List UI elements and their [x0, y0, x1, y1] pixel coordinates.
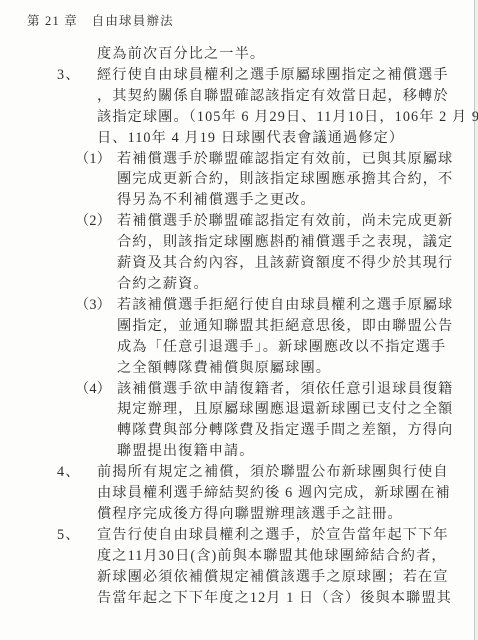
line-text: 新球團必須依補償規定補償該選手之原球團；若在宣: [97, 569, 449, 585]
item-marker: 3、: [57, 65, 97, 86]
document-line: 之全額轉隊費補償與原屬球團。: [0, 358, 460, 379]
line-text: 聯盟提出復籍申請。: [117, 443, 255, 459]
document-line: 告當年起之下下年度之12月 1 日（含）後與本聯盟其: [0, 588, 460, 609]
document-line: 團指定，並通知聯盟其拒絕意思後，即由聯盟公告: [0, 316, 460, 337]
document-line: 團完成更新合約，則該指定球團應承擔其合約，不: [0, 169, 460, 190]
document-line: （4）該補償選手欲申請復籍者，須依任意引退球員復籍: [0, 379, 460, 400]
line-text: 合約之薪資。: [117, 276, 209, 292]
line-text: 規定辦理，且原屬球團應退還新球團已支付之全額: [117, 401, 453, 417]
item-marker: （4）: [75, 379, 117, 400]
line-text: 合約，則該指定球團應斟酌補償選手之表現，議定: [117, 234, 453, 250]
line-text: 若補償選手於聯盟確認指定有效前，已與其原屬球: [117, 151, 453, 167]
document-line: 3、經行使自由球員權利之選手原屬球團指定之補償選手: [0, 65, 460, 86]
line-text: 成為「任意引退選手」。新球團應改以不指定選手: [117, 339, 446, 355]
document-line: 合約之薪資。: [0, 274, 460, 295]
document-line: （2）若補償選手於聯盟確認指定有效前，尚未完成更新: [0, 211, 460, 232]
document-line: 度之11月30日(含)前與本聯盟其他球團締結合約者，: [0, 546, 460, 567]
line-text: 償程序完成後方得向聯盟辦理該選手之註冊。: [97, 506, 403, 522]
document-body: 度為前次百分比之一半。3、經行使自由球員權利之選手原屬球團指定之補償選手，其契約…: [0, 44, 460, 608]
line-text: 團指定，並通知聯盟其拒絕意思後，即由聯盟公告: [117, 318, 453, 334]
document-line: （3）若該補償選手拒絕行使自由球員權利之選手原屬球: [0, 295, 460, 316]
document-line: 該指定球團。（105年 6 月29日、11月10日，106年 2 月 9: [0, 107, 460, 128]
document-line: 5、宣告行使自由球員權利之選手，於宣告當年起下下年: [0, 525, 460, 546]
document-line: 由球員權利選手締結契約後 6 週內完成，新球團在補: [0, 483, 460, 504]
document-line: ，其契約關係自聯盟確認該指定有效當日起，移轉於: [0, 86, 460, 107]
document-line: 聯盟提出復籍申請。: [0, 441, 460, 462]
document-line: 日、110年 4 月19 日球團代表會議通過修定）: [0, 128, 460, 149]
line-text: 日、110年 4 月19 日球團代表會議通過修定）: [97, 130, 404, 146]
line-text: 若該補償選手拒絕行使自由球員權利之選手原屬球: [117, 297, 453, 313]
line-text: 轉隊費與部分轉隊費及指定選手間之差額，方得向: [117, 422, 453, 438]
line-text: 該指定球團。（105年 6 月29日、11月10日，106年 2 月 9: [97, 109, 478, 125]
line-text: 若補償選手於聯盟確認指定有效前，尚未完成更新: [117, 213, 453, 229]
document-line: （1）若補償選手於聯盟確認指定有效前，已與其原屬球: [0, 149, 460, 170]
document-line: 度為前次百分比之一半。: [0, 44, 460, 65]
line-text: 之全額轉隊費補償與原屬球團。: [117, 360, 331, 376]
line-text: 度為前次百分比之一半。: [97, 46, 265, 62]
line-text: 度之11月30日(含)前與本聯盟其他球團締結合約者，: [97, 548, 447, 564]
document-line: 得另為不利補償選手之更改。: [0, 190, 460, 211]
chapter-header: 第 21 章 自由球員辦法: [27, 11, 174, 29]
document-line: 新球團必須依補償規定補償該選手之原球團；若在宣: [0, 567, 460, 588]
scan-edge-line: [474, 0, 475, 640]
item-marker: （1）: [75, 149, 117, 170]
line-text: 該補償選手欲申請復籍者，須依任意引退球員復籍: [117, 381, 453, 397]
document-line: 薪資及其合約內容，且該薪資額度不得少於其現行: [0, 253, 460, 274]
document-line: 規定辦理，且原屬球團應退還新球團已支付之全額: [0, 399, 460, 420]
line-text: ，其契約關係自聯盟確認該指定有效當日起，移轉於: [97, 88, 449, 104]
line-text: 前揭所有規定之補償，須於聯盟公布新球團與行使自: [97, 464, 449, 480]
document-line: 4、前揭所有規定之補償，須於聯盟公布新球團與行使自: [0, 462, 460, 483]
document-line: 成為「任意引退選手」。新球團應改以不指定選手: [0, 337, 460, 358]
document-line: 合約，則該指定球團應斟酌補償選手之表現，議定: [0, 232, 460, 253]
item-marker: 5、: [57, 525, 97, 546]
line-text: 告當年起之下下年度之12月 1 日（含）後與本聯盟其: [97, 590, 452, 606]
document-line: 轉隊費與部分轉隊費及指定選手間之差額，方得向: [0, 420, 460, 441]
line-text: 宣告行使自由球員權利之選手，於宣告當年起下下年: [97, 527, 449, 543]
item-marker: （2）: [75, 211, 117, 232]
line-text: 薪資及其合約內容，且該薪資額度不得少於其現行: [117, 255, 453, 271]
scanned-document-page: 第 21 章 自由球員辦法 度為前次百分比之一半。3、經行使自由球員權利之選手原…: [0, 0, 478, 640]
line-text: 經行使自由球員權利之選手原屬球團指定之補償選手: [97, 67, 449, 83]
line-text: 團完成更新合約，則該指定球團應承擔其合約，不: [117, 171, 453, 187]
document-line: 償程序完成後方得向聯盟辦理該選手之註冊。: [0, 504, 460, 525]
item-marker: （3）: [75, 295, 117, 316]
line-text: 得另為不利補償選手之更改。: [117, 192, 316, 208]
line-text: 由球員權利選手締結契約後 6 週內完成，新球團在補: [97, 485, 451, 501]
item-marker: 4、: [57, 462, 97, 483]
